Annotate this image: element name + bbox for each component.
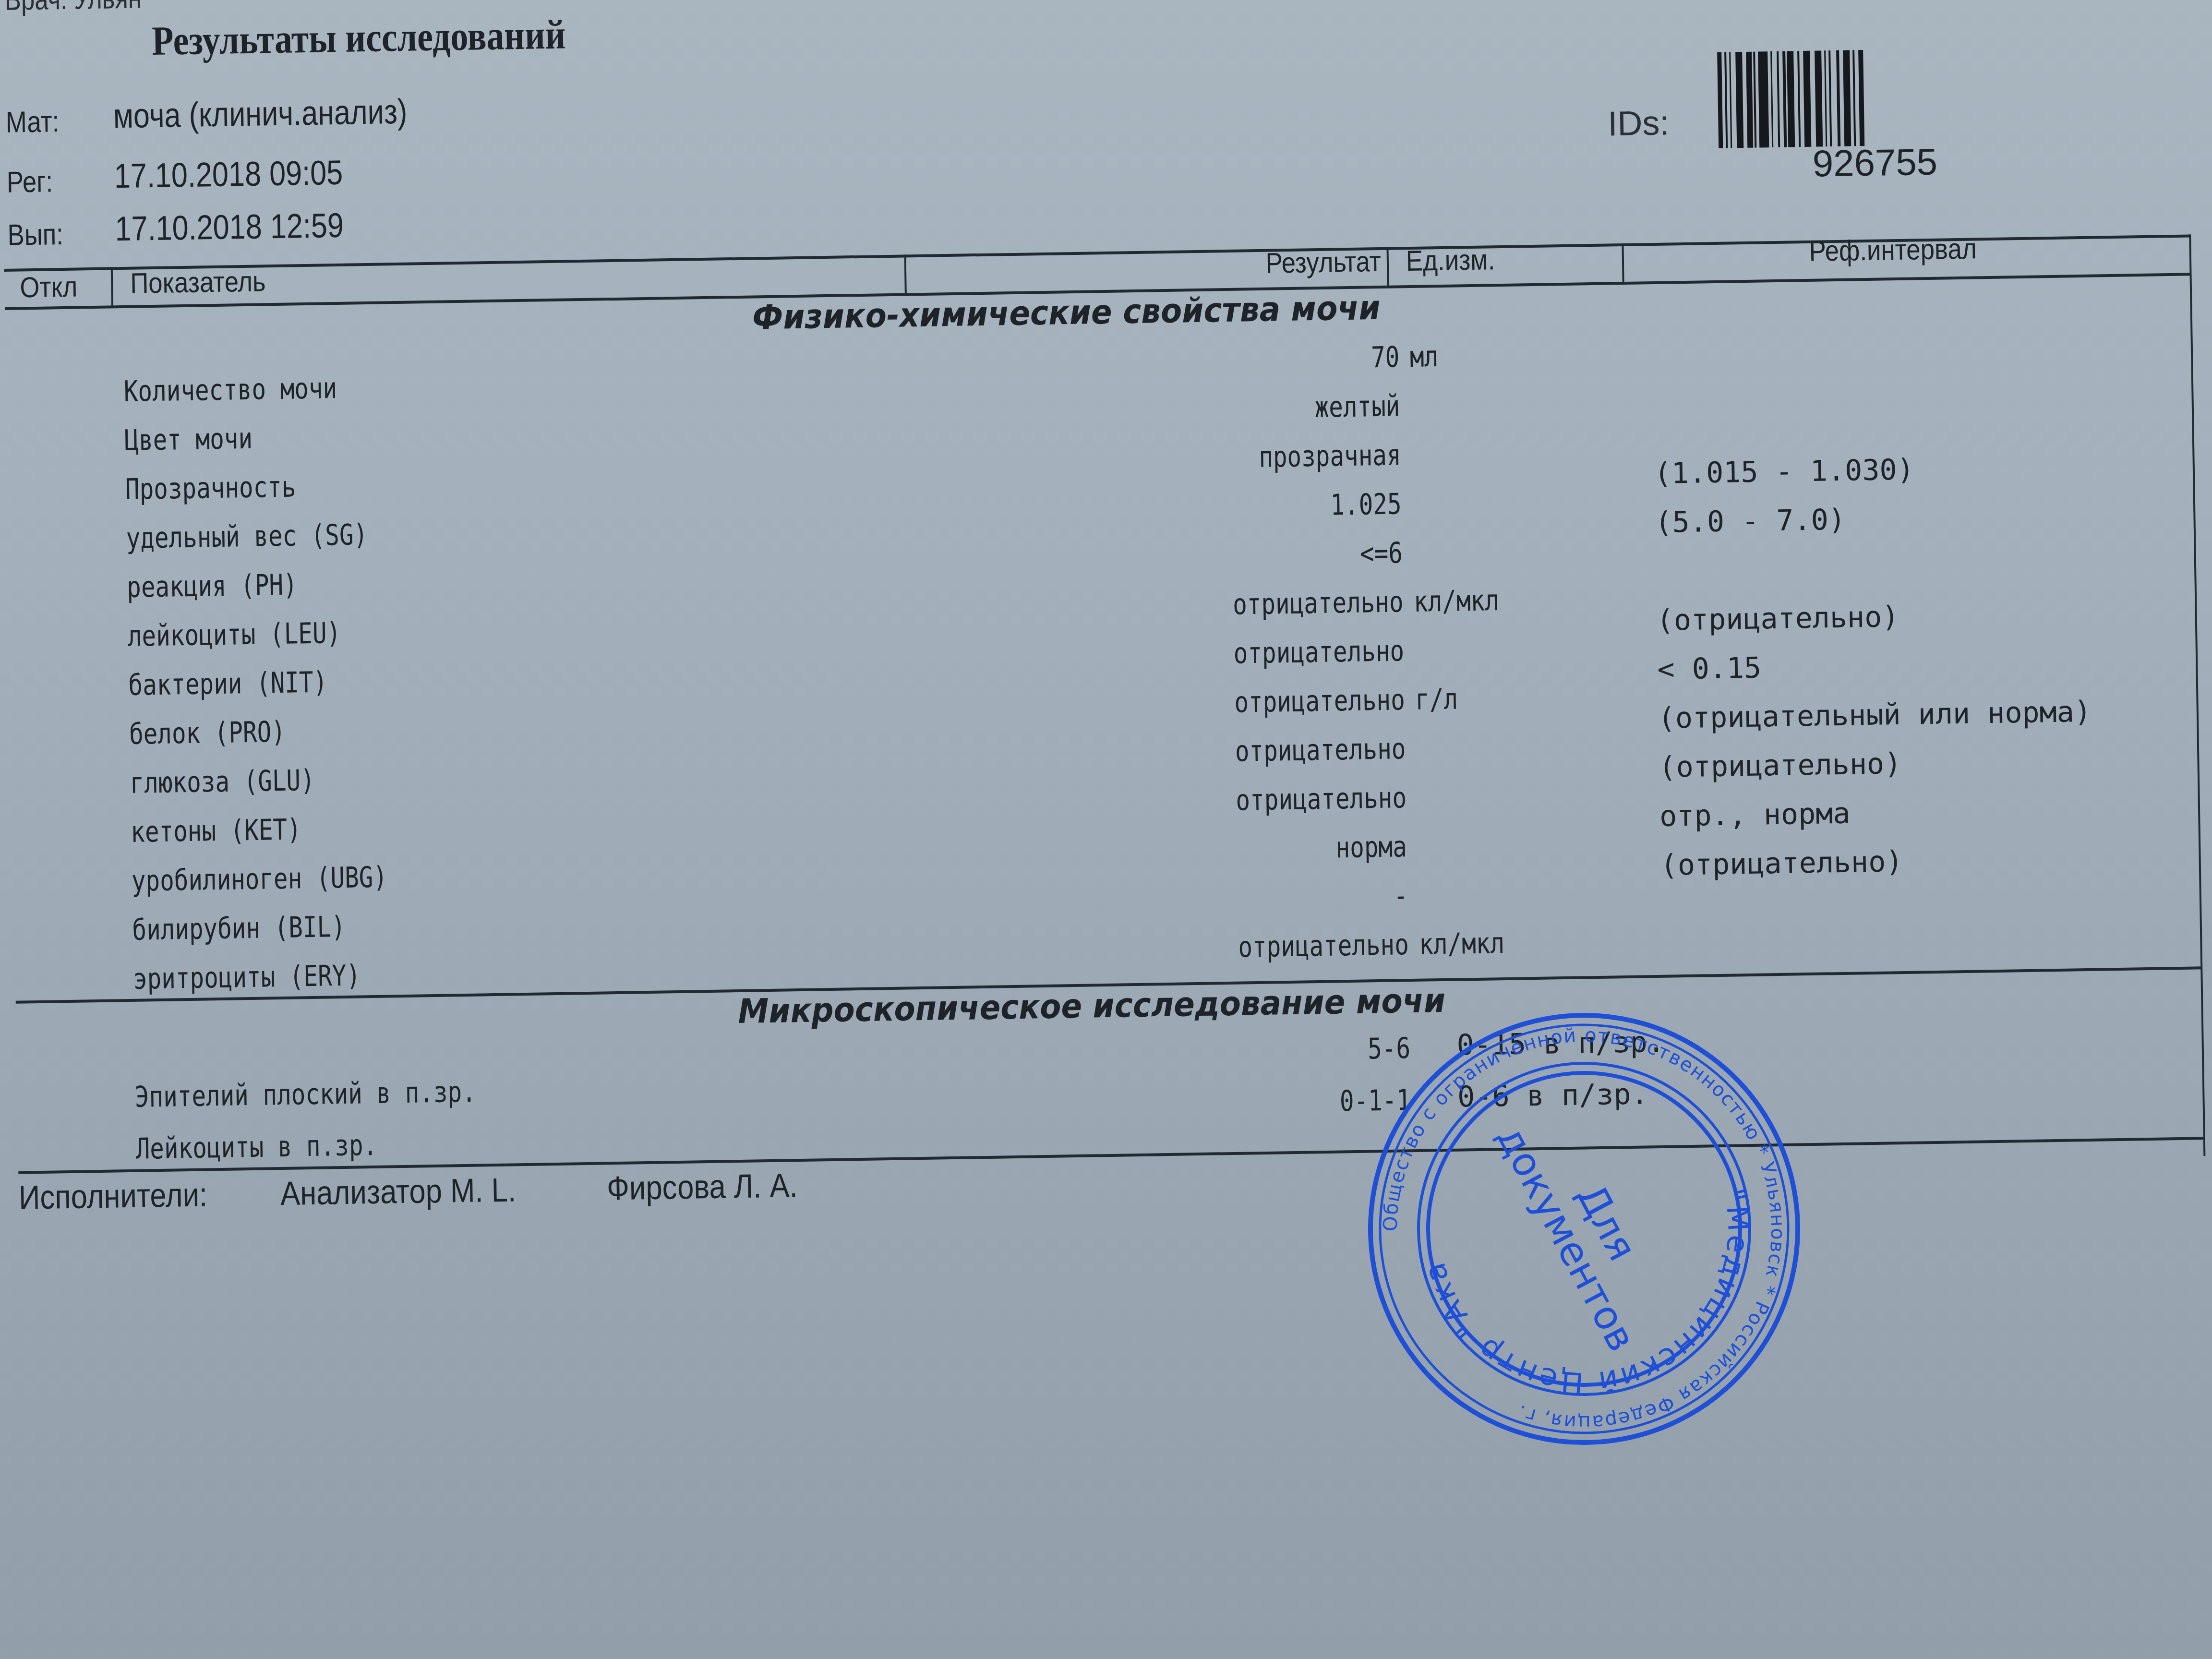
official-stamp: Общество с ограниченной ответственностью…: [1334, 979, 1833, 1478]
completed-label: Вып:: [7, 217, 63, 252]
result-value: отрицательно: [1233, 634, 1405, 671]
reference-interval: (отрицательно): [1659, 747, 1902, 784]
reference-interval: (1.015 - 1.030): [1654, 453, 1914, 491]
indicator-name: лейкоциты (LEU): [127, 616, 341, 653]
column-divider: [1622, 243, 1624, 284]
indicator-name: бактерии (NIT): [128, 665, 328, 702]
indicator-name: Эпителий плоский в п.зр.: [134, 1075, 476, 1114]
column-header-result: Результат: [1265, 245, 1381, 280]
column-divider: [1386, 247, 1389, 288]
performer-name: Фирсова Л. А.: [606, 1166, 798, 1207]
result-value: желтый: [1314, 389, 1400, 424]
registered-value: 17.10.2018 09:05: [114, 153, 343, 196]
indicator-name: Лейкоциты в п.зр.: [135, 1129, 378, 1166]
reference-interval: отр., норма: [1659, 797, 1851, 833]
result-value: 1.025: [1330, 487, 1402, 522]
result-value: отрицательно: [1236, 781, 1407, 817]
reference-interval: (отрицательно): [1660, 845, 1903, 882]
registered-label: Рег:: [6, 165, 53, 199]
indicator-name: реакция (PH): [127, 568, 298, 604]
unit-value: кл/мкл: [1419, 926, 1505, 962]
indicator-name: Цвет мочи: [124, 422, 253, 457]
unit-value: г/л: [1415, 682, 1458, 716]
reference-interval: (отрицательный или норма): [1658, 695, 2092, 735]
indicator-name: Количество мочи: [123, 372, 337, 409]
stamp-icon: Общество с ограниченной ответственностью…: [1334, 979, 1833, 1478]
column-divider: [111, 267, 113, 307]
indicator-name: глюкоза (GLU): [130, 764, 315, 800]
barcode-icon: [1717, 48, 2031, 148]
completed-value: 17.10.2018 12:59: [115, 206, 344, 249]
indicator-name: Прозрачность: [125, 470, 297, 506]
column-header-reference: Реф.интервал: [1809, 232, 1977, 267]
unit-value: кл/мкл: [1414, 584, 1500, 619]
result-value: -: [1394, 879, 1408, 913]
indicator-name: белок (PRO): [129, 715, 286, 751]
indicator-name: кетоны (KET): [131, 813, 302, 849]
indicator-name: билирубин (BIL): [132, 910, 346, 947]
column-divider: [904, 254, 907, 295]
column-header-deviation: Откл: [20, 270, 78, 304]
barcode-number: 926755: [1812, 140, 1938, 186]
reference-interval: (отрицательно): [1656, 600, 1899, 637]
result-value: отрицательно: [1238, 928, 1409, 964]
result-value: <=6: [1359, 536, 1403, 570]
result-value: отрицательно: [1235, 732, 1406, 769]
reference-interval: < 0.15: [1657, 651, 1762, 686]
lab-results-sheet: Врач: Ульян Результаты исследований Мат:…: [0, 0, 2212, 1659]
result-value: норма: [1335, 830, 1407, 865]
material-value: моча (клинич.анализ): [113, 92, 408, 136]
performer-analyzer: Анализатор M. L.: [280, 1170, 516, 1213]
page-title: Результаты исследований: [152, 11, 566, 65]
ids-label: IDs:: [1608, 103, 1670, 144]
indicator-name: эритроциты (ERY): [133, 959, 361, 996]
doctor-line: Врач: Ульян: [4, 0, 142, 17]
reference-interval: (5.0 - 7.0): [1655, 503, 1846, 540]
column-header-unit: Ед.изм.: [1406, 243, 1495, 277]
indicator-name: удельный вес (SG): [126, 518, 368, 555]
result-value: 70: [1370, 340, 1399, 374]
result-value: прозрачная: [1259, 438, 1401, 474]
indicator-name: уробилиноген (UBG): [131, 861, 387, 898]
unit-value: мл: [1409, 340, 1438, 374]
performers-label: Исполнители:: [19, 1176, 208, 1217]
material-label: Мат:: [5, 105, 60, 140]
column-header-indicator: Показатель: [130, 264, 266, 300]
table-right-border: [2189, 234, 2205, 1156]
result-value: отрицательно: [1232, 585, 1404, 622]
result-value: отрицательно: [1234, 683, 1405, 720]
